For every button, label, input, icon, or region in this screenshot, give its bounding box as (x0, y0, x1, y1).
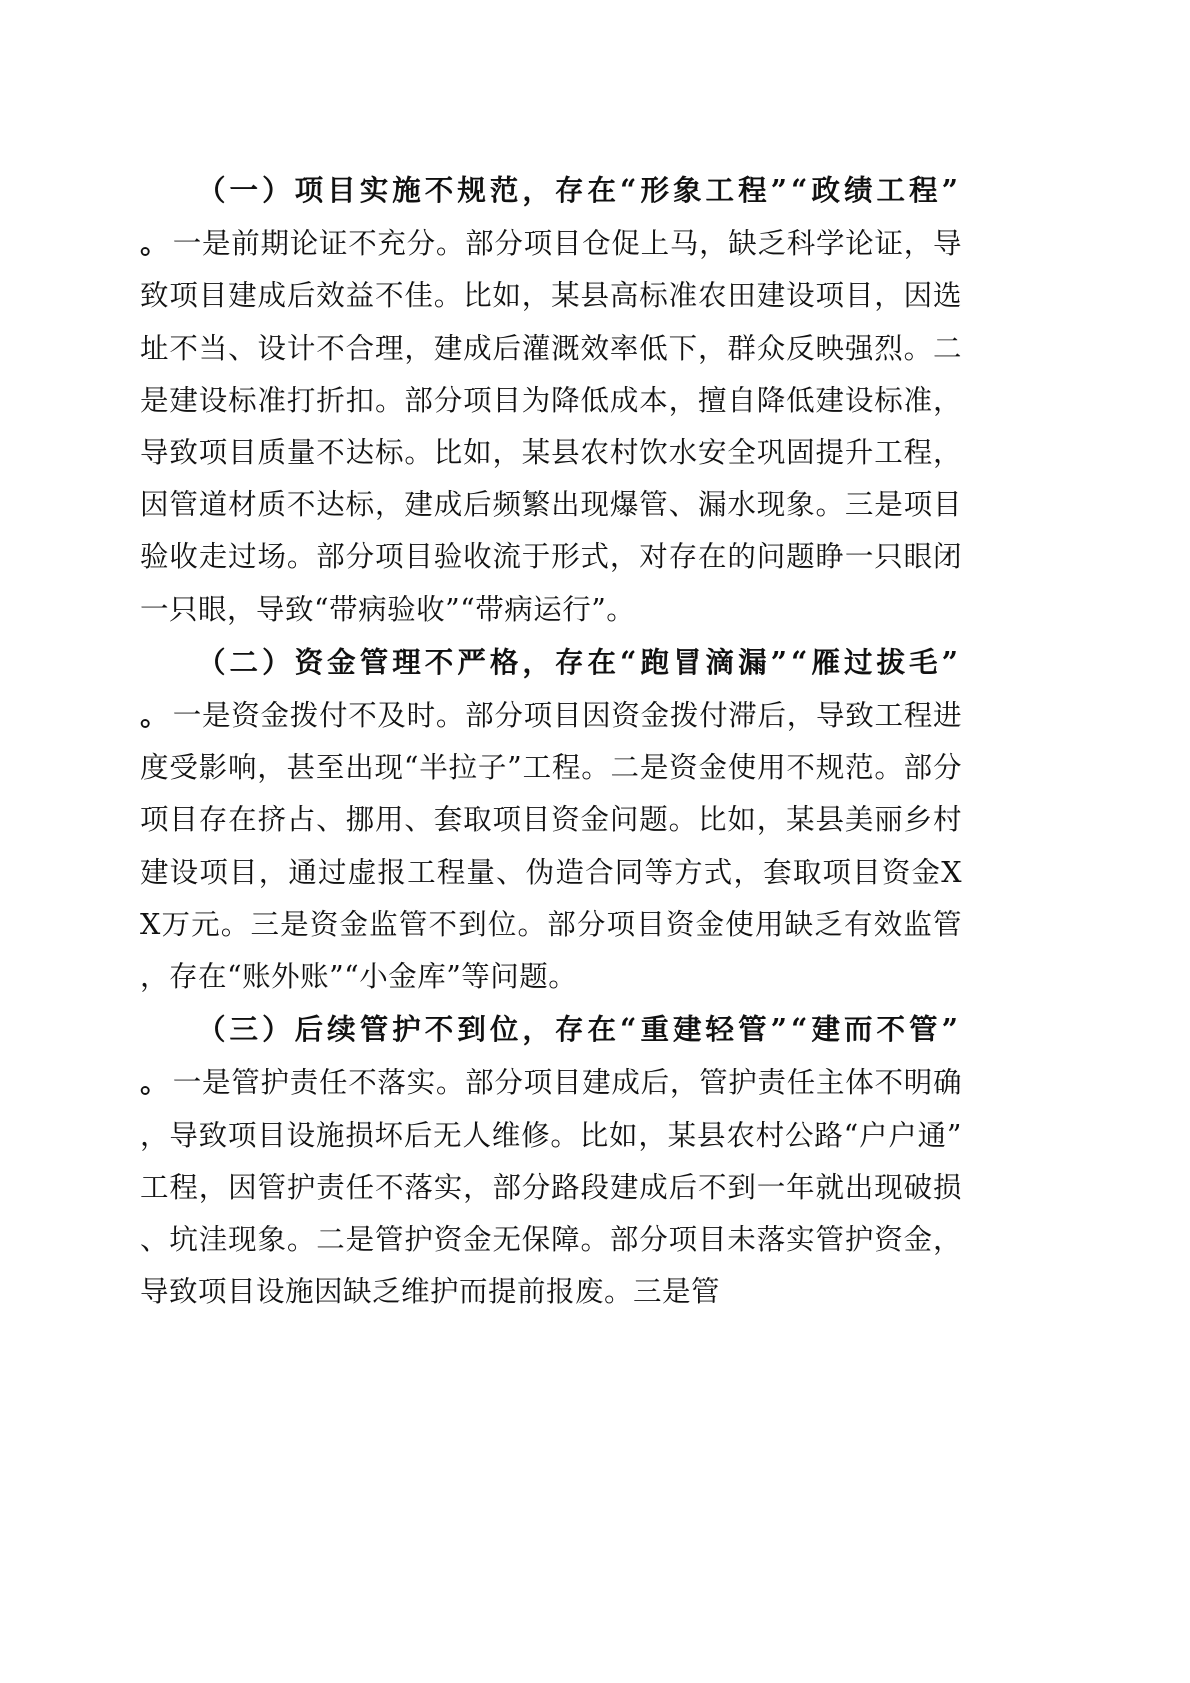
document-page: （一）项目实施不规范，存在“形象工程”“政绩工程”。一是前期论证不充分。部分项目… (140, 164, 962, 1318)
section-2-body: 一是资金拨付不及时。部分项目因资金拨付滞后，导致工程进度受影响，甚至出现“半拉子… (140, 699, 962, 993)
section-3-paragraph: （三）后续管护不到位，存在“重建轻管”“建而不管”。一是管护责任不落实。部分项目… (140, 1003, 962, 1318)
section-1-paragraph: （一）项目实施不规范，存在“形象工程”“政绩工程”。一是前期论证不充分。部分项目… (140, 164, 962, 636)
section-2-paragraph: （二）资金管理不严格，存在“跑冒滴漏”“雁过拔毛”。一是资金拨付不及时。部分项目… (140, 636, 962, 1003)
section-1-body: 一是前期论证不充分。部分项目仓促上马，缺乏科学论证，导致项目建成后效益不佳。比如… (140, 227, 962, 625)
section-3-body: 一是管护责任不落实。部分项目建成后，管护责任主体不明确，导致项目设施损坏后无人维… (140, 1066, 962, 1308)
